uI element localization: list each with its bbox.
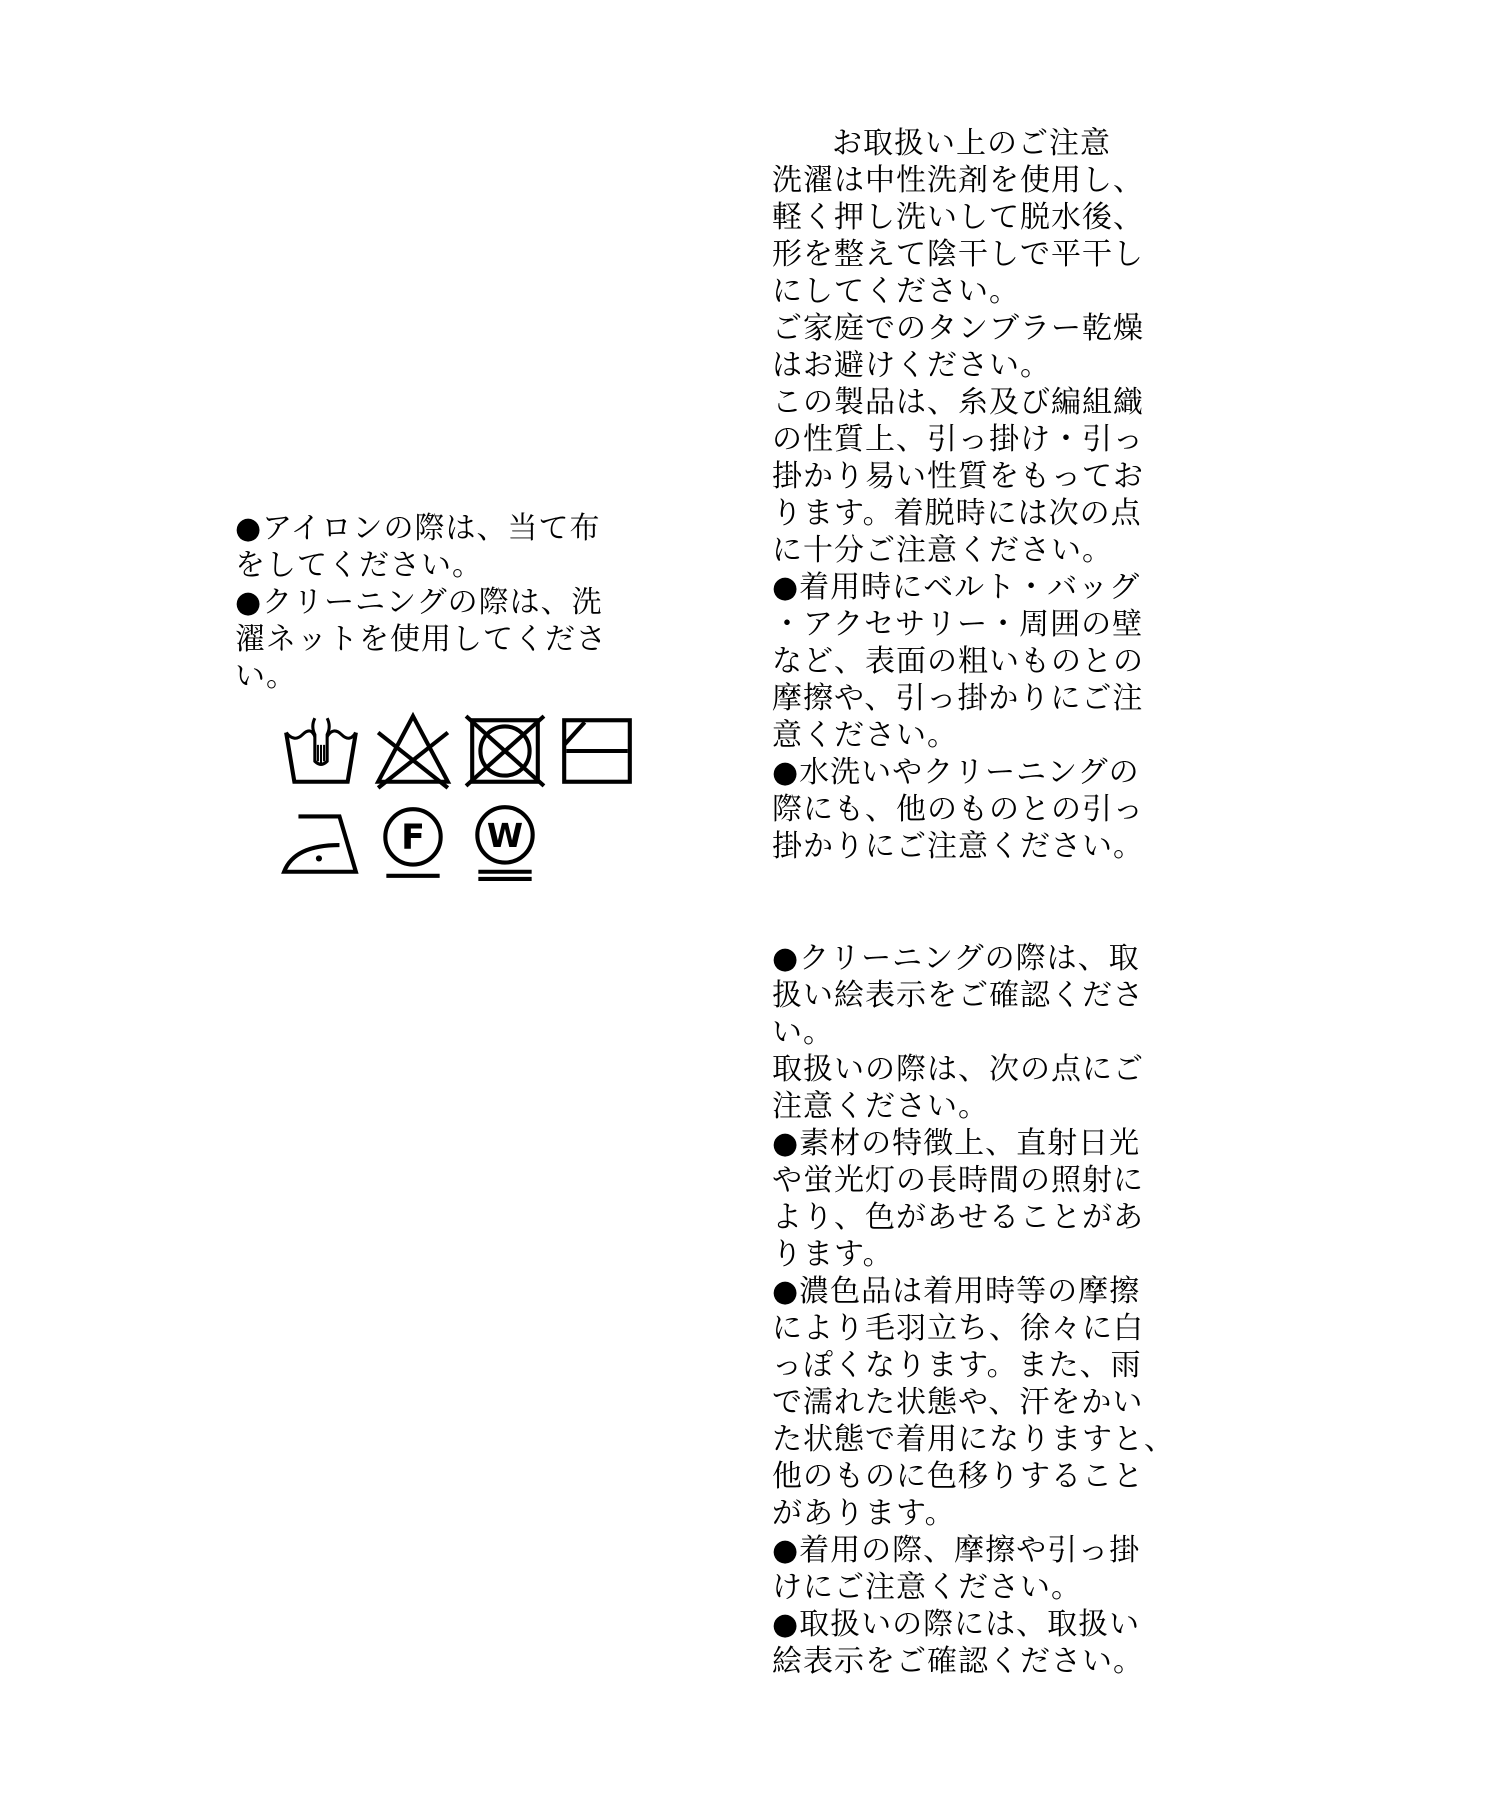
care-symbols-row-1: [280, 710, 680, 792]
no-tumble-dry-icon: [464, 710, 546, 792]
note-line: はお避けください。: [772, 347, 1242, 384]
note-line: の性質上、引っ掛け・引っ: [772, 421, 1242, 458]
care-symbols-row-2: F W: [280, 800, 680, 882]
note-line: 濯ネットを使用してくださ: [235, 621, 695, 658]
note-line: 他のものに色移りすること: [772, 1458, 1242, 1495]
svg-text:W: W: [487, 817, 523, 855]
note-line: ●着用の際、摩擦や引っ掛: [772, 1532, 1242, 1569]
note-line: た状態で着用になりますと、: [772, 1421, 1242, 1458]
note-line: ●着用時にベルト・バッグ: [772, 569, 1242, 606]
additional-precautions: ●クリーニングの際は、取 扱い絵表示をご確認くださ い。 取扱いの際は、次の点に…: [772, 940, 1242, 1680]
note-line: 形を整えて陰干しで平干し: [772, 236, 1242, 273]
note-line: ります。着脱時には次の点: [772, 495, 1242, 532]
note-line: ●取扱いの際には、取扱い: [772, 1606, 1242, 1643]
note-line: により毛羽立ち、徐々に白: [772, 1310, 1242, 1347]
note-line: 洗濯は中性洗剤を使用し、: [772, 162, 1242, 199]
dry-in-shade-icon: [556, 710, 638, 792]
note-line: ります。: [772, 1236, 1242, 1273]
note-line: で濡れた状態や、汗をかい: [772, 1384, 1242, 1421]
note-line: けにご注意ください。: [772, 1569, 1242, 1606]
note-line: ●素材の特徴上、直射日光: [772, 1125, 1242, 1162]
note-line: ・アクセサリー・周囲の壁: [772, 606, 1242, 643]
note-line: ●クリーニングの際は、洗: [235, 584, 695, 621]
handling-precautions: お取扱い上のご注意 洗濯は中性洗剤を使用し、 軽く押し洗いして脱水後、 形を整え…: [772, 125, 1242, 865]
note-line: ●水洗いやクリーニングの: [772, 754, 1242, 791]
note-line: や蛍光灯の長時間の照射に: [772, 1162, 1242, 1199]
dry-clean-f-icon: F: [372, 800, 454, 882]
note-line: 絵表示をご確認ください。: [772, 1643, 1242, 1680]
note-line: にしてください。: [772, 273, 1242, 310]
note-line: より、色があせることがあ: [772, 1199, 1242, 1236]
note-line: 注意ください。: [772, 1088, 1242, 1125]
svg-text:F: F: [401, 818, 425, 858]
note-line: があります。: [772, 1495, 1242, 1532]
note-line: い。: [235, 658, 695, 695]
note-line: ●濃色品は着用時等の摩擦: [772, 1273, 1242, 1310]
note-line: 際にも、他のものとの引っ: [772, 791, 1242, 828]
left-care-notes: ●アイロンの際は、当て布 をしてください。 ●クリーニングの際は、洗 濯ネットを…: [235, 510, 695, 695]
note-line: 掛かり易い性質をもってお: [772, 458, 1242, 495]
note-line: 取扱いの際は、次の点にご: [772, 1051, 1242, 1088]
note-line: ご家庭でのタンブラー乾燥: [772, 310, 1242, 347]
note-line: 掛かりにご注意ください。: [772, 828, 1242, 865]
note-line: 意ください。: [772, 717, 1242, 754]
note-line: この製品は、糸及び編組織: [772, 384, 1242, 421]
wet-clean-w-icon: W: [464, 800, 546, 882]
no-bleach-icon: [372, 710, 454, 792]
note-line: っぽくなります。また、雨: [772, 1347, 1242, 1384]
note-line: ●アイロンの際は、当て布: [235, 510, 695, 547]
note-line: など、表面の粗いものとの: [772, 643, 1242, 680]
hand-wash-icon: [280, 710, 362, 792]
note-line: ●クリーニングの際は、取: [772, 940, 1242, 977]
note-line: 軽く押し洗いして脱水後、: [772, 199, 1242, 236]
note-line: に十分ご注意ください。: [772, 532, 1242, 569]
note-line: い。: [772, 1014, 1242, 1051]
section-title: お取扱い上のご注意: [772, 125, 1242, 162]
note-line: 摩擦や、引っ掛かりにご注: [772, 680, 1242, 717]
iron-low-temp-icon: [280, 800, 362, 882]
note-line: をしてください。: [235, 547, 695, 584]
note-line: 扱い絵表示をご確認くださ: [772, 977, 1242, 1014]
care-symbols: F W: [280, 710, 680, 890]
